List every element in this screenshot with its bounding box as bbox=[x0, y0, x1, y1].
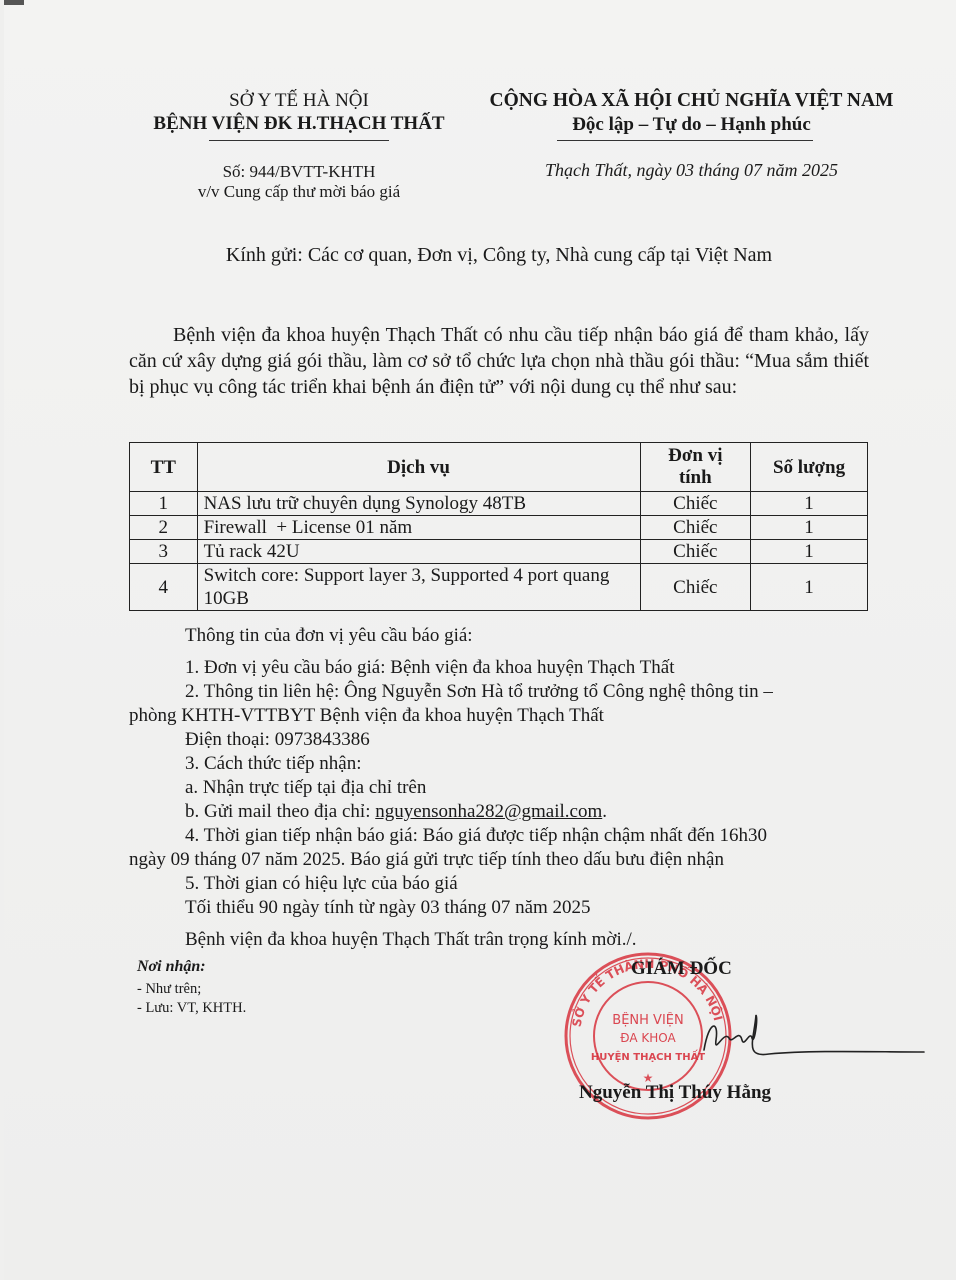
row-service: Firewall + License 01 năm bbox=[197, 516, 640, 540]
hospital-name: BỆNH VIỆN ĐK H.THẠCH THẤT bbox=[104, 113, 494, 135]
stamp-line2: ĐA KHOA bbox=[620, 1031, 676, 1045]
recipients-item: - Lưu: VT, KHTH. bbox=[137, 1000, 246, 1017]
info-item-3b-prefix: b. Gửi mail theo địa chỉ: bbox=[185, 801, 375, 822]
row-tt: 1 bbox=[130, 492, 198, 516]
info-item-4-line1: 4. Thời gian tiếp nhận báo giá: Báo giá … bbox=[129, 824, 889, 848]
header-unit-line1: Đơn vị bbox=[647, 445, 744, 467]
header-service: Dịch vụ bbox=[197, 443, 640, 492]
row-service: Tủ rack 42U bbox=[197, 540, 640, 564]
info-item-2-line1: 2. Thông tin liên hệ: Ông Nguyễn Sơn Hà … bbox=[129, 680, 889, 704]
signatory-name: Nguyễn Thị Thúy Hằng bbox=[579, 1082, 771, 1104]
info-item-3b: b. Gửi mail theo địa chỉ: nguyensonha282… bbox=[129, 800, 889, 824]
info-item-3b-suffix: . bbox=[602, 801, 607, 822]
intro-paragraph: Bệnh viện đa khoa huyện Thạch Thất có nh… bbox=[129, 322, 869, 400]
header-tt: TT bbox=[130, 443, 198, 492]
info-item-5-detail: Tối thiểu 90 ngày tính từ ngày 03 tháng … bbox=[129, 896, 889, 920]
row-qty: 1 bbox=[751, 564, 868, 611]
place-date: Thạch Thất, ngày 03 tháng 07 năm 2025 bbox=[459, 160, 924, 181]
document-page: SỞ Y TẾ HÀ NỘI BỆNH VIỆN ĐK H.THẠCH THẤT… bbox=[4, 0, 956, 1280]
info-item-3a: a. Nhận trực tiếp tại địa chỉ trên bbox=[129, 776, 889, 800]
table-row: 3 Tủ rack 42U Chiếc 1 bbox=[130, 540, 868, 564]
info-item-5: 5. Thời gian có hiệu lực của báo giá bbox=[129, 872, 889, 896]
closing-line: Bệnh viện đa khoa huyện Thạch Thất trân … bbox=[129, 928, 889, 952]
row-qty: 1 bbox=[751, 492, 868, 516]
row-service: NAS lưu trữ chuyên dụng Synology 48TB bbox=[197, 492, 640, 516]
recipients-item: - Như trên; bbox=[137, 981, 201, 998]
table-row: 2 Firewall + License 01 năm Chiếc 1 bbox=[130, 516, 868, 540]
row-unit: Chiếc bbox=[640, 564, 750, 611]
motto-underline bbox=[557, 140, 813, 141]
requester-info: Thông tin của đơn vị yêu cầu báo giá: 1.… bbox=[129, 624, 889, 952]
row-tt: 4 bbox=[130, 564, 198, 611]
row-tt: 2 bbox=[130, 516, 198, 540]
recipient-line: Kính gửi: Các cơ quan, Đơn vị, Công ty, … bbox=[104, 244, 894, 267]
handwritten-signature-icon bbox=[684, 1010, 934, 1070]
info-title: Thông tin của đơn vị yêu cầu báo giá: bbox=[129, 624, 889, 648]
intro-paragraph-text: Bệnh viện đa khoa huyện Thạch Thất có nh… bbox=[129, 324, 869, 398]
row-tt: 3 bbox=[130, 540, 198, 564]
header-unit: Đơn vị tính bbox=[640, 443, 750, 492]
signatory-title: GIÁM ĐỐC bbox=[631, 958, 732, 980]
info-phone: Điện thoại: 0973843386 bbox=[129, 728, 889, 752]
republic-title: CỘNG HÒA XÃ HỘI CHỦ NGHĨA VIỆT NAM bbox=[459, 90, 924, 112]
info-item-2-line2: phòng KHTH-VTTBYT Bệnh viện đa khoa huyệ… bbox=[129, 704, 889, 728]
info-item-1: 1. Đơn vị yêu cầu báo giá: Bệnh viện đa … bbox=[129, 656, 889, 680]
row-qty: 1 bbox=[751, 516, 868, 540]
document-subject: v/v Cung cấp thư mời báo giá bbox=[104, 182, 494, 202]
stamp-line1: BỆNH VIỆN bbox=[612, 1012, 683, 1028]
national-motto: Độc lập – Tự do – Hạnh phúc bbox=[459, 114, 924, 136]
document-number: Số: 944/BVTT-KHTH bbox=[104, 162, 494, 182]
row-unit: Chiếc bbox=[640, 492, 750, 516]
header-qty: Số lượng bbox=[751, 443, 868, 492]
info-item-3: 3. Cách thức tiếp nhận: bbox=[129, 752, 889, 776]
items-table: TT Dịch vụ Đơn vị tính Số lượng 1 NAS lư… bbox=[129, 442, 868, 611]
info-item-4-line2: ngày 09 tháng 07 năm 2025. Báo giá gửi t… bbox=[129, 848, 889, 872]
email-link[interactable]: nguyensonha282@gmail.com bbox=[375, 801, 602, 822]
table-header-row: TT Dịch vụ Đơn vị tính Số lượng bbox=[130, 443, 868, 492]
row-qty: 1 bbox=[751, 540, 868, 564]
row-unit: Chiếc bbox=[640, 540, 750, 564]
row-unit: Chiếc bbox=[640, 516, 750, 540]
table-row: 4 Switch core: Support layer 3, Supporte… bbox=[130, 564, 868, 611]
hospital-underline bbox=[209, 140, 389, 141]
table-row: 1 NAS lưu trữ chuyên dụng Synology 48TB … bbox=[130, 492, 868, 516]
row-service: Switch core: Support layer 3, Supported … bbox=[197, 564, 640, 611]
header-unit-line2: tính bbox=[647, 467, 744, 489]
recipients-title: Nơi nhận: bbox=[137, 958, 206, 976]
agency-name: SỞ Y TẾ HÀ NỘI bbox=[104, 90, 494, 112]
photo-edge-shadow bbox=[4, 0, 24, 5]
